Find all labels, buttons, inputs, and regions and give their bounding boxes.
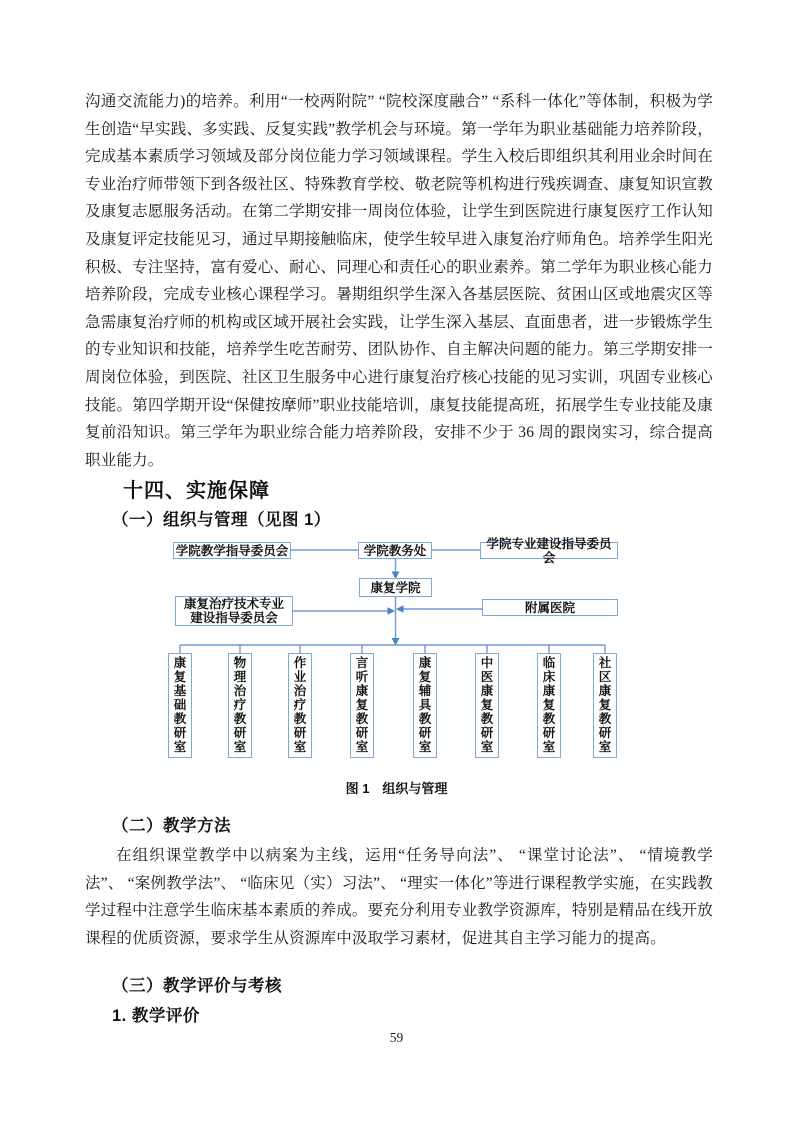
- subsection-heading-1: （一）组织与管理（见图 1）: [112, 506, 331, 530]
- subsection-heading-2: （二）教学方法: [112, 812, 231, 836]
- node-dept-physical-therapy: 物理治疗教研室: [228, 653, 252, 758]
- node-dept-rehab-devices: 康复辅具教研室: [413, 653, 437, 758]
- page-number: 59: [0, 1030, 793, 1046]
- node-teaching-committee: 学院教学指导委员会: [173, 542, 291, 559]
- organization-chart: 学院教学指导委员会 学院教务处 学院专业建设指导委员会 康复学院 康复治疗技术专…: [0, 538, 793, 773]
- body-paragraph-continued: 沟通交流能力)的培养。利用“一校两附院” “院校深度融合” “系科一体化”等体制…: [85, 88, 713, 474]
- document-page: 沟通交流能力)的培养。利用“一校两附院” “院校深度融合” “系科一体化”等体制…: [0, 0, 793, 1122]
- node-rehab-major-committee: 康复治疗技术专业 建设指导委员会: [175, 596, 293, 626]
- org-chart-connectors: [0, 538, 793, 773]
- node-dept-speech-hearing-rehab: 言听康复教研室: [350, 653, 374, 758]
- teaching-method-paragraph: 在组织课堂教学中以病案为主线，运用“任务导向法”、 “课堂讨论法”、 “情境教学…: [85, 842, 713, 952]
- subsection-heading-3-1: 1. 教学评价: [112, 1002, 200, 1026]
- node-dept-tcm-rehab: 中医康复教研室: [475, 653, 499, 758]
- figure-1-caption: 图 1 组织与管理: [0, 778, 793, 797]
- node-major-construction-committee: 学院专业建设指导委员会: [480, 542, 618, 559]
- section-heading-14: 十四、实施保障: [123, 474, 270, 503]
- node-rehab-college: 康复学院: [359, 578, 432, 597]
- node-dept-community-rehab: 社区康复教研室: [593, 653, 617, 758]
- subsection-heading-3: （三）教学评价与考核: [112, 972, 282, 996]
- node-affiliated-hospital: 附属医院: [482, 599, 618, 616]
- node-dept-clinical-rehab: 临床康复教研室: [537, 653, 561, 758]
- node-dept-occupational-therapy: 作业治疗教研室: [288, 653, 312, 758]
- node-dept-rehab-foundation: 康复基础教研室: [168, 653, 192, 758]
- node-academic-affairs-office: 学院教务处: [358, 542, 432, 559]
